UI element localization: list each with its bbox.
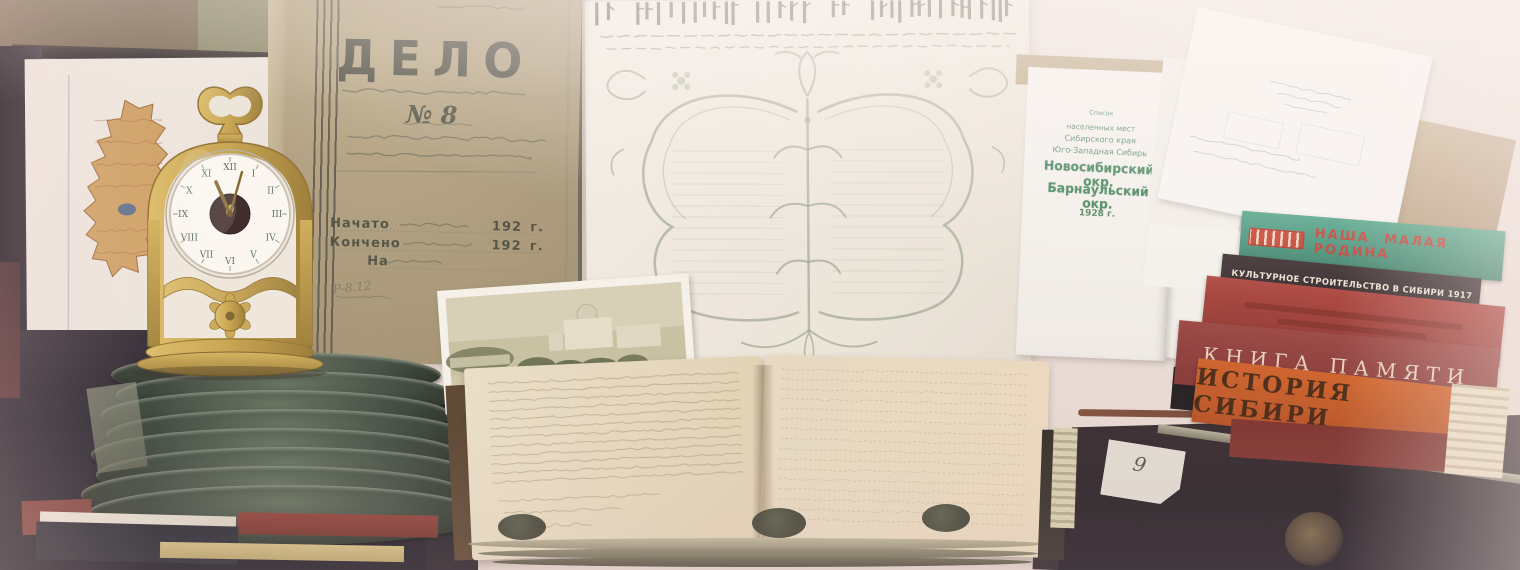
svg-text:VI: VI xyxy=(224,257,235,267)
clock-pillar xyxy=(300,220,312,346)
svg-text:II: II xyxy=(267,187,275,197)
ink-seal xyxy=(498,514,546,540)
clock-pillar xyxy=(148,220,160,346)
red-book-edge xyxy=(238,512,438,537)
ink-seal xyxy=(752,508,806,538)
svg-text:I: I xyxy=(252,169,256,179)
clock-base-shadow xyxy=(133,366,327,380)
svg-text:VIII: VIII xyxy=(180,234,199,244)
publisher-logo-block xyxy=(1248,227,1305,249)
pages-stack-right xyxy=(1444,384,1510,479)
svg-text:III: III xyxy=(272,210,283,220)
form-box xyxy=(1223,112,1283,149)
sheet-fold-line xyxy=(66,75,72,371)
booklet-series-line: Юго-Западная Сибирь xyxy=(1029,145,1171,160)
ink-seal xyxy=(922,504,970,532)
svg-text:IV: IV xyxy=(266,234,277,244)
page-edges xyxy=(492,557,1032,567)
form-box xyxy=(1296,123,1365,166)
chest-label-number: 9 xyxy=(1131,451,1149,477)
chest-emblem xyxy=(1285,512,1343,566)
folder-title: ДЕЛО xyxy=(335,29,536,90)
booklet-series-line: Список xyxy=(1030,107,1172,120)
svg-text:IX: IX xyxy=(178,210,189,220)
mantel-clock: XIIIIIIIIIVVVIVIIVIIIIXXXI xyxy=(120,80,340,380)
svg-text:VII: VII xyxy=(199,251,214,261)
archive-exhibit-photo: Список населенных мест Сибирского края Ю… xyxy=(0,0,1520,570)
book-pages-stack-edge xyxy=(1050,428,1077,529)
